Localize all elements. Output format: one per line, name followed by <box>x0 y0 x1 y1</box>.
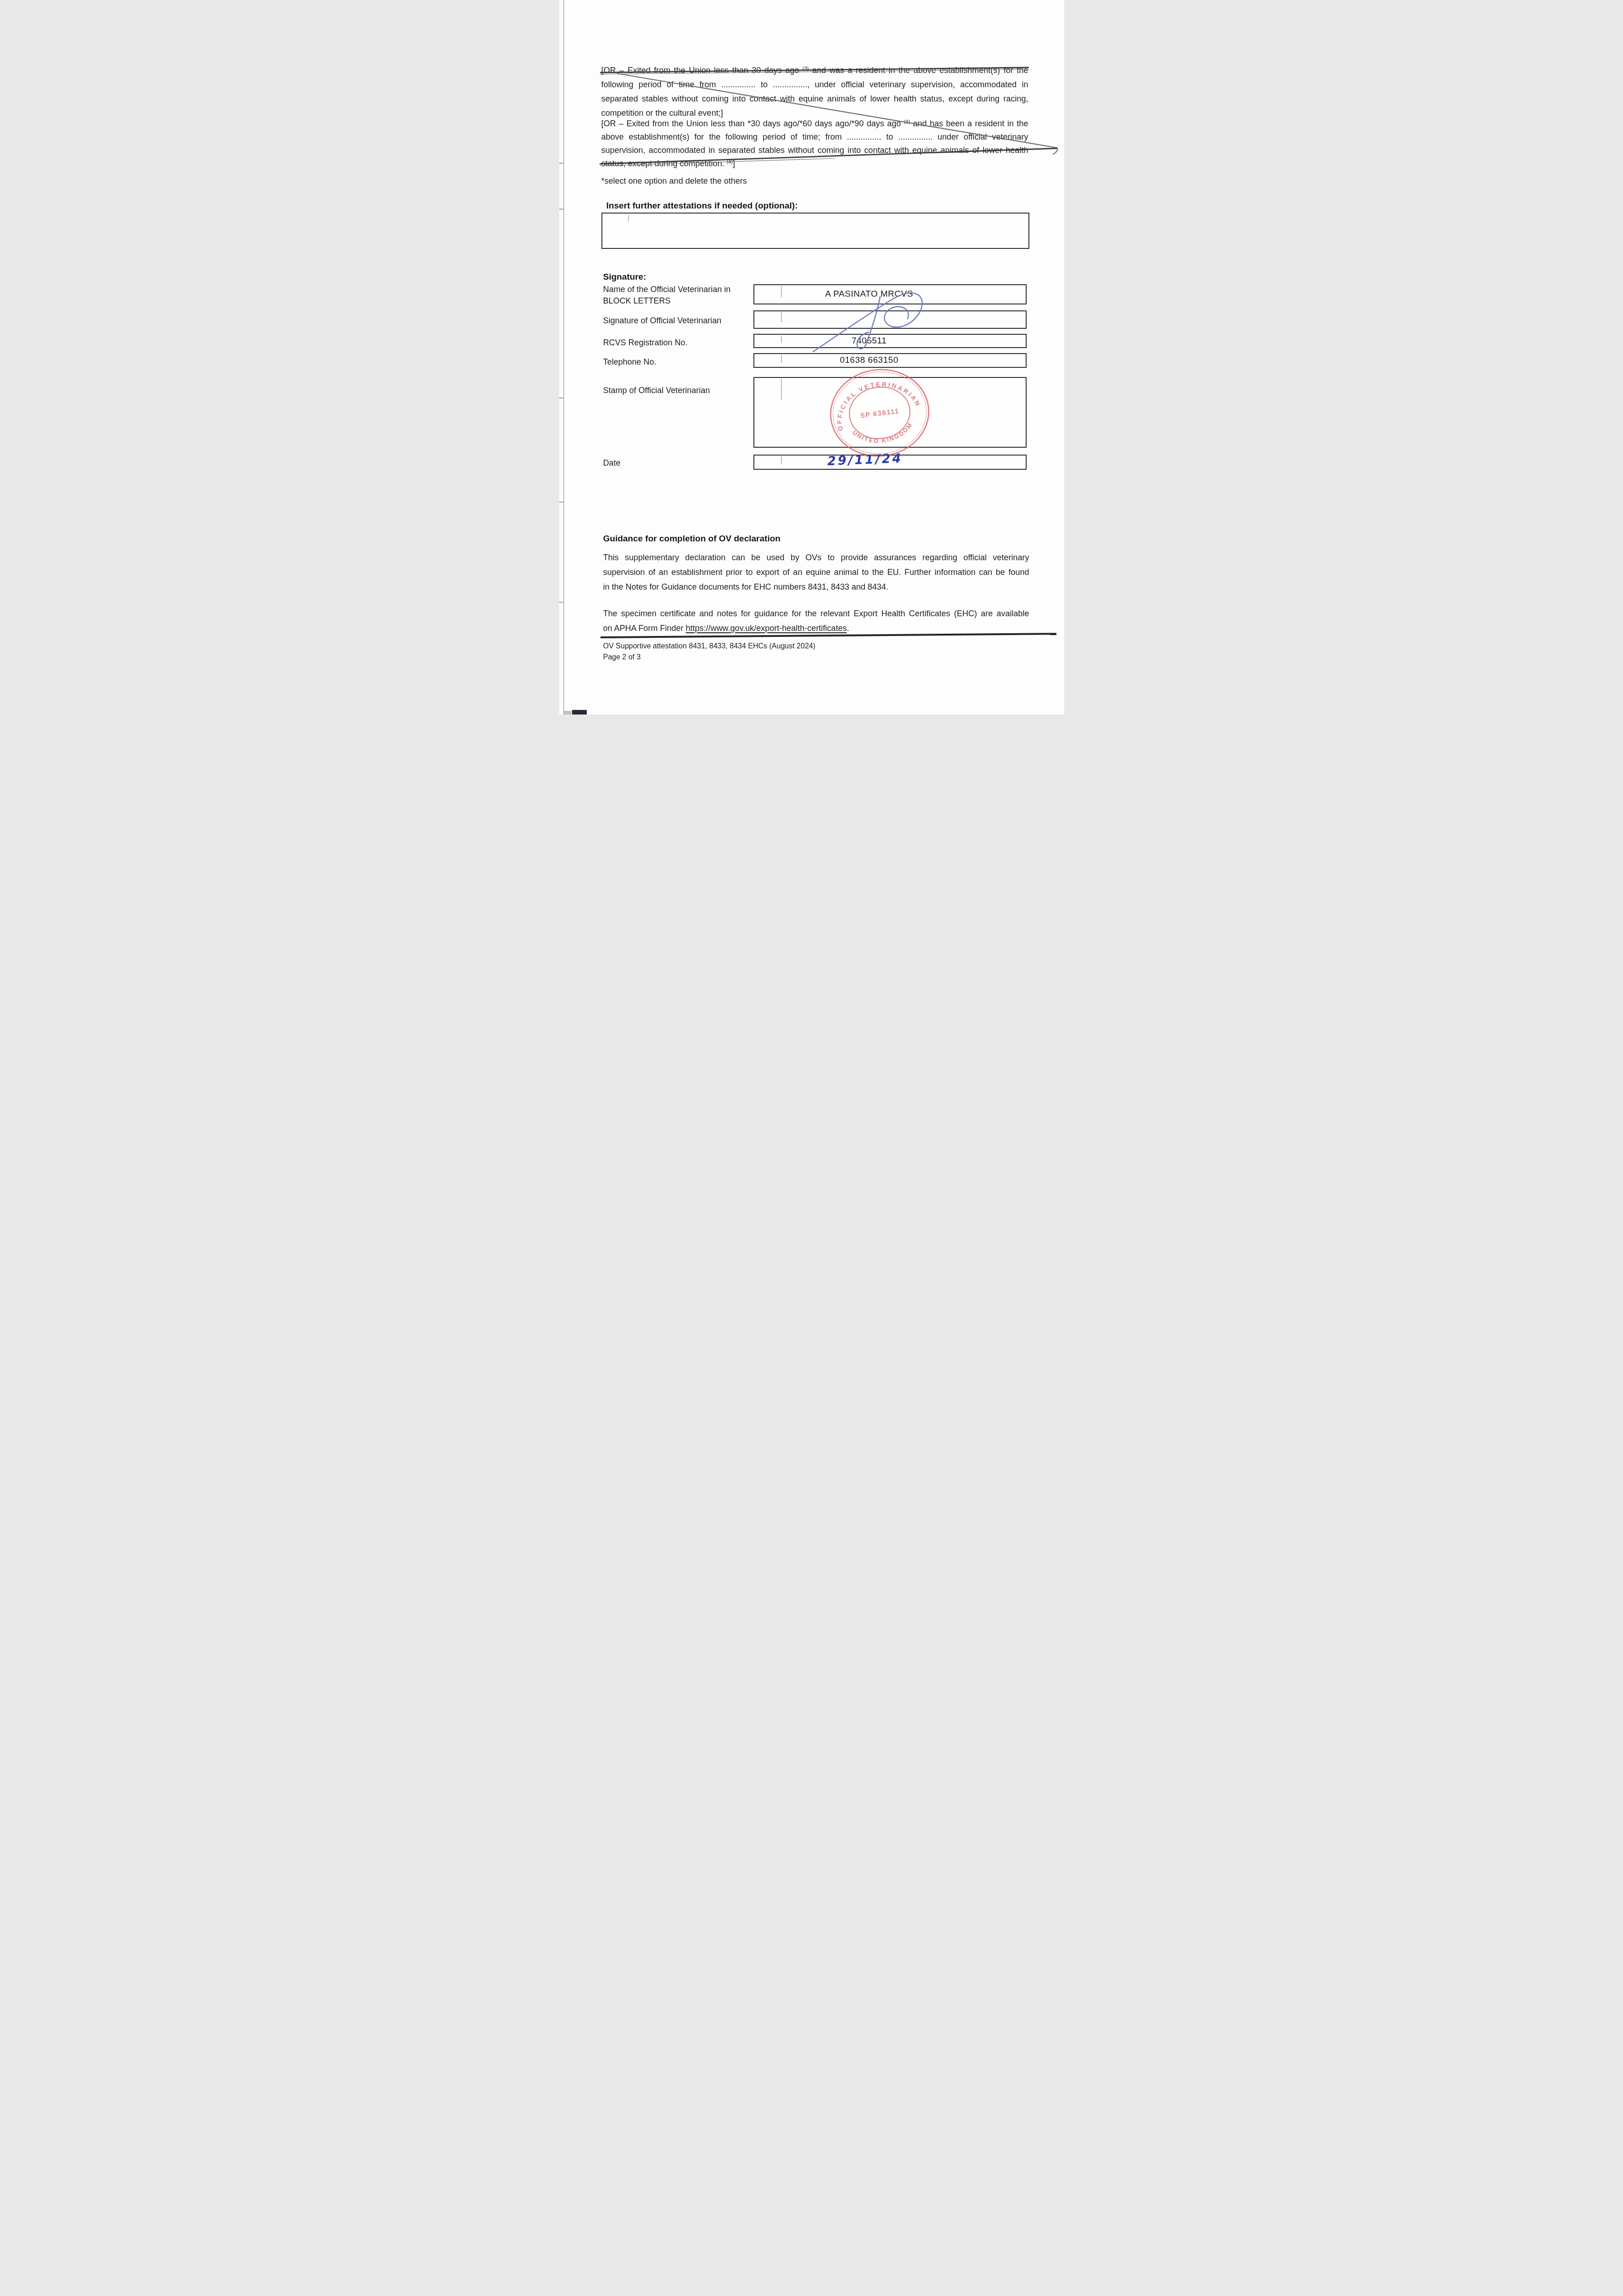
paragraph-text: ] <box>733 159 735 168</box>
rcvs-field-label: RCVS Registration No. <box>603 338 688 348</box>
paragraph-line: status, except during competition. (4)] <box>601 157 1028 170</box>
paragraph-line: [OR – Exited from the Union less than *3… <box>601 117 1028 130</box>
guidance-line: This supplementary declaration can be us… <box>603 550 1029 565</box>
paragraph-line: following period of time from ..........… <box>601 78 1028 92</box>
guidance-line: supervision of an establishment prior to… <box>603 565 1029 580</box>
paragraph-line: [OR – Exited from the Union less than 30… <box>601 63 1028 78</box>
footnote-ref-4: (4) <box>727 159 733 165</box>
stamp-code-text: SP 636111 <box>859 407 899 420</box>
scan-edge-tick <box>559 397 563 399</box>
scan-edge-tick <box>559 602 563 603</box>
svg-text:UNITED KINGDOM: UNITED KINGDOM <box>850 420 916 448</box>
date-field-label: Date <box>603 458 621 468</box>
official-veterinarian-stamp: OFFICIAL VETERINARIAN UNITED KINGDOM SP … <box>807 365 954 464</box>
scanned-document-page: [OR – Exited from the Union less than 30… <box>559 0 1064 715</box>
footer-page-number: Page 2 of 3 <box>603 653 641 662</box>
attestations-heading: Insert further attestations if needed (o… <box>607 201 798 211</box>
telephone-field-label: Telephone No. <box>603 357 657 367</box>
name-field-label-line2: BLOCK LETTERS <box>603 296 671 306</box>
box-tick-mark <box>628 215 629 222</box>
footer-document-title: OV Supportive attestation 8431, 8433, 84… <box>603 642 816 651</box>
signature-section-heading: Signature: <box>603 272 646 282</box>
paragraph-line: supervision, accommodated in separated s… <box>601 144 1028 157</box>
scan-edge-tick <box>559 501 563 503</box>
paragraph-line: above establishment(s) for the following… <box>601 130 1028 144</box>
guidance-line: The specimen certificate and notes for g… <box>603 606 1029 621</box>
crossout-end-hook <box>1053 148 1057 154</box>
box-tick-mark <box>781 456 782 464</box>
select-option-note: *select one option and delete the others <box>601 176 747 186</box>
paragraph-text: and has been a resident in the <box>910 119 1028 128</box>
footnote-ref-3: (3) <box>904 119 910 125</box>
scan-edge-tick <box>559 208 563 210</box>
stamp-arc-text-bottom: UNITED KINGDOM <box>850 420 916 448</box>
scan-bottom-corner-mark <box>572 710 587 715</box>
handwritten-signature <box>809 287 932 357</box>
guidance-text: . <box>847 624 849 633</box>
paragraph-text: [OR – Exited from the Union less than 30… <box>601 66 803 75</box>
paragraph-text: and was a resident in the above establis… <box>809 66 1028 75</box>
signature-field-label: Signature of Official Veterinarian <box>603 316 722 326</box>
stamp-field-label: Stamp of Official Veterinarian <box>603 386 710 395</box>
attestations-box <box>601 213 1029 249</box>
footnote-ref-3: (3) <box>803 66 809 72</box>
name-field-label: Name of the Official Veterinarian in <box>603 285 731 294</box>
scan-left-edge-line <box>563 0 564 715</box>
guidance-text: on APHA Form Finder <box>603 624 686 633</box>
scan-edge-tick <box>559 163 563 164</box>
paragraph-line: separated stables without coming into co… <box>601 92 1028 106</box>
paragraph-text: status, except during competition. <box>601 159 727 168</box>
paragraph-text: [OR – Exited from the Union less than *3… <box>601 119 904 128</box>
box-tick-mark <box>781 379 782 400</box>
export-health-certificates-link: https://www.gov.uk/export-health-certifi… <box>686 624 847 633</box>
guidance-heading: Guidance for completion of OV declaratio… <box>603 534 781 544</box>
guidance-line: in the Notes for Guidance documents for … <box>603 580 1029 594</box>
scan-bottom-smudge <box>564 711 572 715</box>
box-tick-mark <box>781 312 782 322</box>
